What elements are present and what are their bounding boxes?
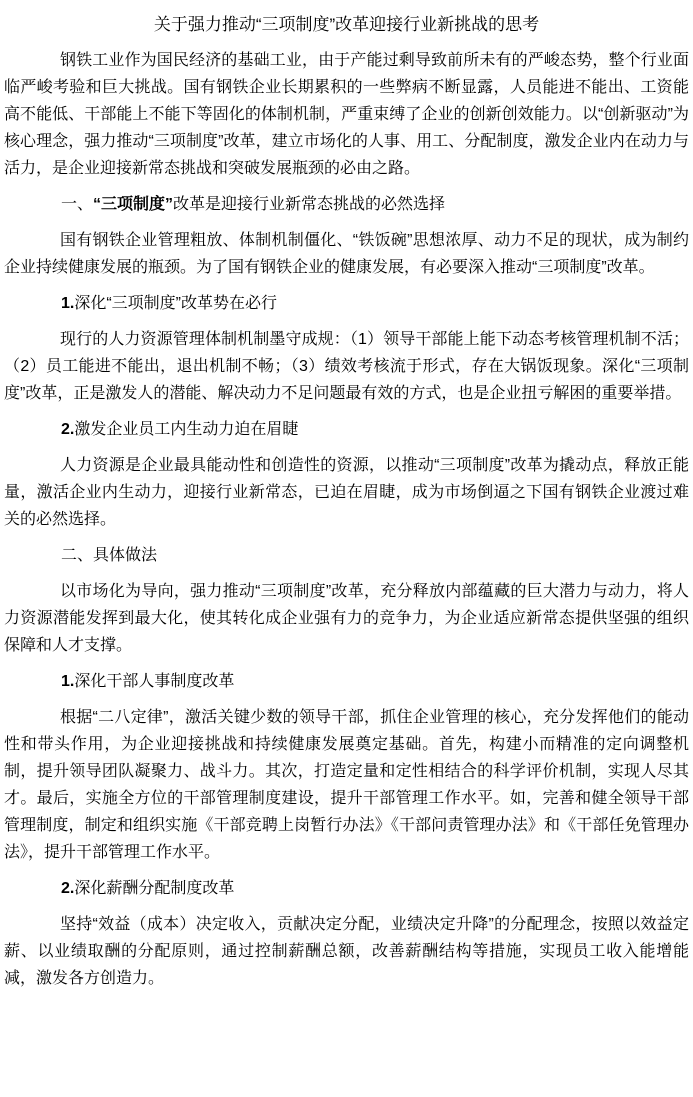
paragraph: 现行的人力资源管理体制机制墨守成规：（1）领导干部能上能下动态考核管理机制不活；… (4, 326, 689, 407)
bold-text-segment: 1. (61, 673, 74, 690)
text-segment: 现行的人力资源管理体制机制墨守成规：（1）领导干部能上能下动态考核管理机制不活；… (4, 331, 689, 402)
text-segment: 改革是迎接行业新常态挑战的必然选择 (173, 196, 445, 213)
document-page: { "page": { "background_color": "#ffffff… (0, 0, 693, 1097)
text-segment: 一、 (61, 196, 93, 213)
section-heading: 1.深化“三项制度”改革势在必行 (4, 290, 689, 317)
paragraph: 以市场化为导向，强力推动“三项制度”改革，充分释放内部蕴藏的巨大潜力与动力，将人… (4, 578, 689, 659)
paragraph: 国有钢铁企业管理粗放、体制机制僵化、“铁饭碗”思想浓厚、动力不足的现状，成为制约… (4, 227, 689, 281)
text-segment: 国有钢铁企业管理粗放、体制机制僵化、“铁饭碗”思想浓厚、动力不足的现状，成为制约… (4, 232, 689, 276)
bold-text-segment: 2. (61, 880, 74, 897)
paragraph: 坚持“效益（成本）决定收入，贡献决定分配，业绩决定升降”的分配理念，按照以效益定… (4, 911, 689, 992)
text-segment: 激发企业员工内生动力迫在眉睫 (74, 421, 298, 438)
section-heading: 2.深化薪酬分配制度改革 (4, 875, 689, 902)
text-segment: 根据“二八定律”，激活关键少数的领导干部，抓住企业管理的核心，充分发挥他们的能动… (4, 709, 689, 861)
text-segment: 以市场化为导向，强力推动“三项制度”改革，充分释放内部蕴藏的巨大潜力与动力，将人… (4, 583, 689, 654)
paragraph: 钢铁工业作为国民经济的基础工业，由于产能过剩导致前所未有的严峻态势，整个行业面临… (4, 47, 689, 182)
section-heading: 1.深化干部人事制度改革 (4, 668, 689, 695)
section-heading: 二、具体做法 (4, 542, 689, 569)
paragraph: 人力资源是企业最具能动性和创造性的资源，以推动“三项制度”改革为撬动点，释放正能… (4, 452, 689, 533)
document-blocks: 钢铁工业作为国民经济的基础工业，由于产能过剩导致前所未有的严峻态势，整个行业面临… (4, 47, 689, 992)
text-segment: 深化薪酬分配制度改革 (74, 880, 234, 897)
bold-text-segment: “三项制度” (93, 196, 173, 213)
document-title: 关于强力推动“三项制度”改革迎接行业新挑战的思考 (4, 12, 689, 38)
text-segment: 人力资源是企业最具能动性和创造性的资源，以推动“三项制度”改革为撬动点，释放正能… (4, 457, 689, 528)
bold-text-segment: 2. (61, 421, 74, 438)
section-heading: 2.激发企业员工内生动力迫在眉睫 (4, 416, 689, 443)
text-segment: 深化“三项制度”改革势在必行 (74, 295, 277, 312)
text-segment: 二、具体做法 (61, 547, 157, 564)
section-heading: 一、“三项制度”改革是迎接行业新常态挑战的必然选择 (4, 191, 689, 218)
paragraph: 根据“二八定律”，激活关键少数的领导干部，抓住企业管理的核心，充分发挥他们的能动… (4, 704, 689, 866)
bold-text-segment: 1. (61, 295, 74, 312)
text-segment: 坚持“效益（成本）决定收入，贡献决定分配，业绩决定升降”的分配理念，按照以效益定… (4, 916, 689, 987)
text-segment: 钢铁工业作为国民经济的基础工业，由于产能过剩导致前所未有的严峻态势，整个行业面临… (4, 52, 689, 177)
text-segment: 深化干部人事制度改革 (74, 673, 234, 690)
